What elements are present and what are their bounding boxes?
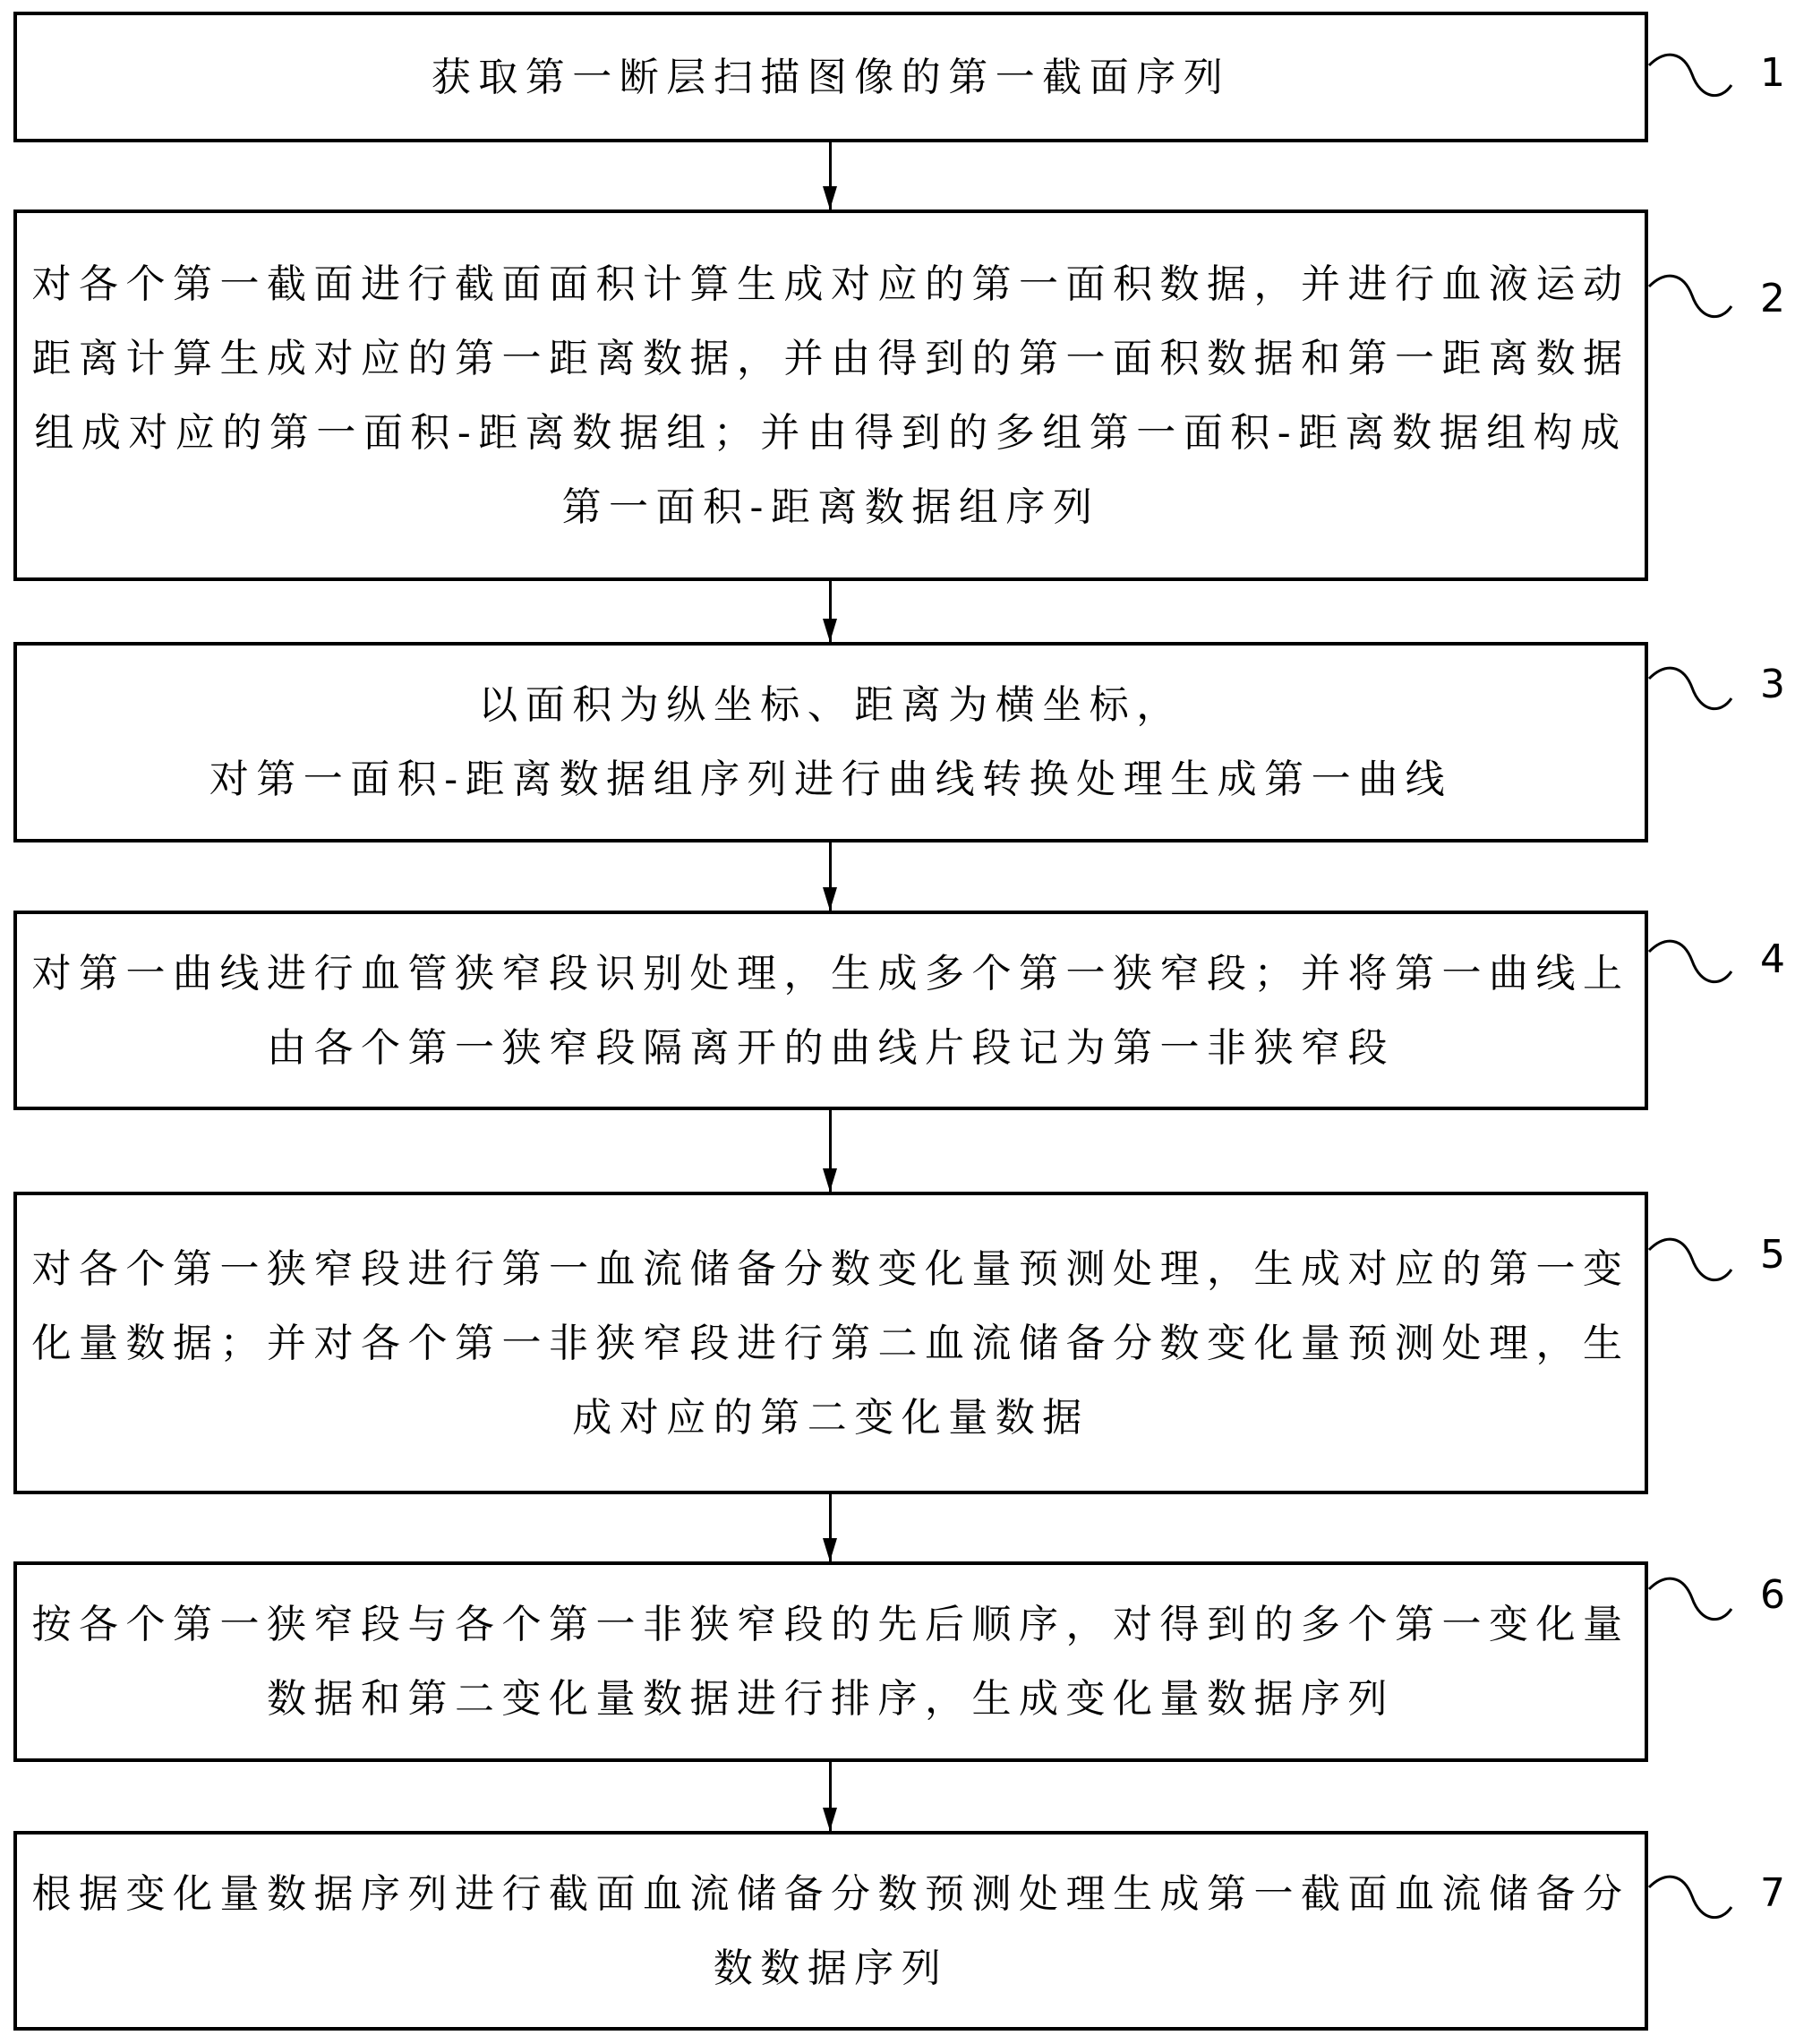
flow-arrow-1-2	[829, 142, 832, 210]
flow-arrow-6-7	[829, 1762, 832, 1831]
step-number-5: 5	[1757, 1236, 1789, 1275]
step-number-3: 3	[1757, 665, 1789, 705]
step-6-line-1: 按各个第一狭窄段与各个第一非狭窄段的先后顺序，对得到的多个第一变化量	[32, 1587, 1630, 1662]
step-7-line-2: 数数据序列	[714, 1931, 949, 2006]
step-2-line-1: 对各个第一截面进行截面面积计算生成对应的第一面积数据，并进行血液运动	[32, 247, 1630, 321]
flow-arrow-2-3	[829, 581, 832, 642]
step-number-7: 7	[1757, 1874, 1789, 1913]
step-box-3: 以面积为纵坐标、距离为横坐标， 对第一面积-距离数据组序列进行曲线转换处理生成第…	[13, 642, 1648, 842]
step-2-line-4: 第一面积-距离数据组序列	[562, 470, 1100, 544]
step-4-line-2: 由各个第一狭窄段隔离开的曲线片段记为第一非狭窄段	[267, 1011, 1395, 1085]
leader-tilde-icon	[1647, 663, 1737, 716]
step-number-4: 4	[1757, 940, 1789, 979]
step-5-line-2: 化量数据；并对各个第一非狭窄段进行第二血流储备分数变化量预测处理，生	[32, 1306, 1630, 1381]
step-5-line-1: 对各个第一狭窄段进行第一血流储备分数变化量预测处理，生成对应的第一变	[32, 1232, 1630, 1306]
step-number-6: 6	[1757, 1576, 1789, 1615]
leader-tilde-icon	[1647, 1573, 1737, 1627]
step-2-line-3: 组成对应的第一面积-距离数据组；并由得到的多组第一面积-距离数据组构成	[34, 396, 1627, 470]
step-box-2: 对各个第一截面进行截面面积计算生成对应的第一面积数据，并进行血液运动 距离计算生…	[13, 210, 1648, 581]
flow-arrow-5-6	[829, 1494, 832, 1561]
step-7-line-1: 根据变化量数据序列进行截面血流储备分数预测处理生成第一截面血流储备分	[32, 1857, 1630, 1931]
step-1-line-1: 获取第一断层扫描图像的第一截面序列	[432, 40, 1231, 115]
step-5-line-3: 成对应的第二变化量数据	[572, 1381, 1090, 1455]
step-box-7: 根据变化量数据序列进行截面血流储备分数预测处理生成第一截面血流储备分 数数据序列	[13, 1831, 1648, 2031]
step-number-2: 2	[1757, 279, 1789, 319]
step-3-line-2: 对第一面积-距离数据组序列进行曲线转换处理生成第一曲线	[209, 742, 1452, 817]
step-box-4: 对第一曲线进行血管狭窄段识别处理，生成多个第一狭窄段；并将第一曲线上 由各个第一…	[13, 911, 1648, 1110]
flow-arrow-3-4	[829, 842, 832, 911]
step-box-1: 获取第一断层扫描图像的第一截面序列	[13, 12, 1648, 142]
step-box-5: 对各个第一狭窄段进行第一血流储备分数变化量预测处理，生成对应的第一变 化量数据；…	[13, 1192, 1648, 1494]
leader-tilde-icon	[1647, 936, 1737, 989]
step-number-1: 1	[1757, 54, 1789, 93]
leader-tilde-icon	[1647, 1871, 1737, 1925]
step-4-line-1: 对第一曲线进行血管狭窄段识别处理，生成多个第一狭窄段；并将第一曲线上	[32, 936, 1630, 1011]
flow-arrow-4-5	[829, 1110, 832, 1192]
leader-tilde-icon	[1647, 270, 1737, 324]
step-box-6: 按各个第一狭窄段与各个第一非狭窄段的先后顺序，对得到的多个第一变化量 数据和第二…	[13, 1561, 1648, 1762]
step-6-line-2: 数据和第二变化量数据进行排序，生成变化量数据序列	[267, 1662, 1395, 1736]
leader-tilde-icon	[1647, 49, 1737, 103]
leader-tilde-icon	[1647, 1234, 1737, 1287]
step-3-line-1: 以面积为纵坐标、距离为横坐标，	[478, 668, 1184, 742]
step-2-line-2: 距离计算生成对应的第一距离数据，并由得到的第一面积数据和第一距离数据	[32, 321, 1630, 396]
